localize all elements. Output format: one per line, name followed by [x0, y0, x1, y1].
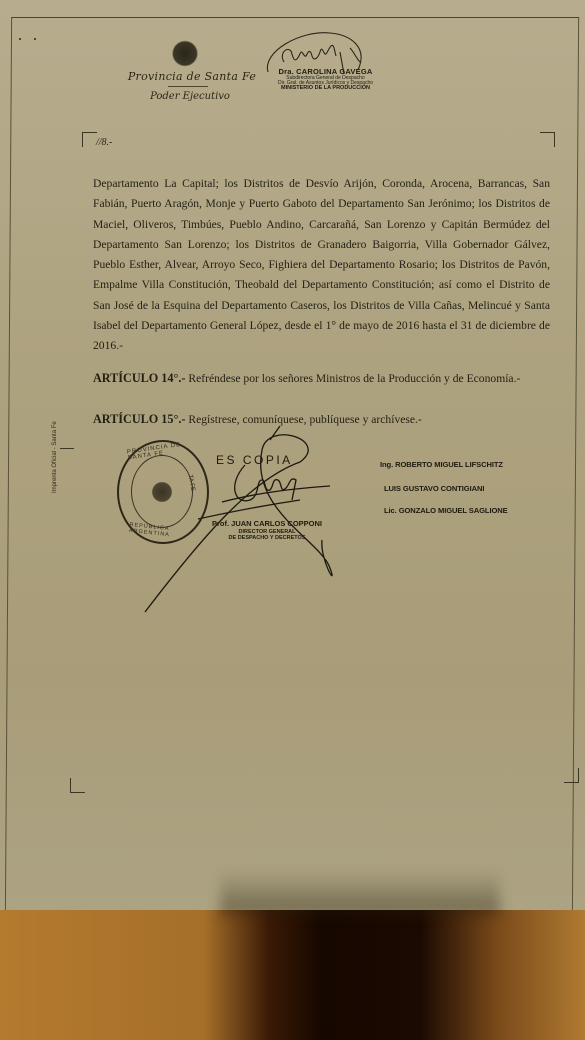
- article-text: Refréndese por los señores Ministros de …: [185, 372, 520, 385]
- margin-dash: [60, 448, 74, 449]
- minister-name: Ing. ROBERTO MIGUEL LIFSCHITZ: [380, 460, 503, 469]
- minister-name: LUIS GUSTAVO CONTIGIANI: [384, 484, 484, 493]
- seal-coat-of-arms-icon: [152, 480, 172, 504]
- corner-mark: [540, 132, 555, 147]
- body-paragraph: Departamento La Capital; los Distritos d…: [93, 174, 550, 357]
- page-number: //8.-: [96, 137, 112, 148]
- article-label: ARTÍCULO 15°.-: [93, 412, 185, 426]
- copy-stamp-name: Prof. JUAN CARLOS COPPONI: [192, 520, 342, 529]
- minister-name: Lic. GONZALO MIGUEL SAGLIONE: [384, 506, 508, 515]
- article-15: ARTÍCULO 15°.- Regístrese, comuníquese, …: [93, 412, 422, 427]
- copy-stamp-title: DE DESPACHO Y DECRETOS: [192, 535, 342, 541]
- seal-inner-ring: [131, 455, 193, 528]
- speck: [19, 38, 21, 40]
- header-institution: Provincia de Santa Fe: [122, 70, 262, 83]
- shadow: [220, 870, 500, 915]
- wooden-desk-background: [0, 910, 585, 1040]
- article-label: ARTÍCULO 14°.-: [93, 371, 185, 385]
- header-divider: [168, 86, 208, 87]
- approval-stamp-top: Dra. CAROLINA GAVEGA Subdirectora Genera…: [258, 68, 393, 92]
- article-text: Regístrese, comuníquese, publíquese y ar…: [185, 413, 421, 426]
- stamp-ministry: MINISTERIO DE LA PRODUCCIÓN: [258, 86, 393, 92]
- corner-mark: [82, 132, 97, 147]
- copy-stamp-label: ES COPIA: [216, 453, 293, 467]
- printer-label: Imprenta Oficial - Santa Fe: [52, 421, 58, 493]
- corner-mark: [70, 778, 85, 793]
- article-14: ARTÍCULO 14°.- Refréndese por los señore…: [93, 371, 520, 386]
- speck: [34, 38, 36, 40]
- copy-stamp: Prof. JUAN CARLOS COPPONI DIRECTOR GENER…: [192, 520, 342, 541]
- provincial-coat-of-arms-icon: [172, 40, 198, 70]
- corner-mark: [564, 768, 579, 783]
- header-branch: Poder Ejecutivo: [130, 91, 250, 102]
